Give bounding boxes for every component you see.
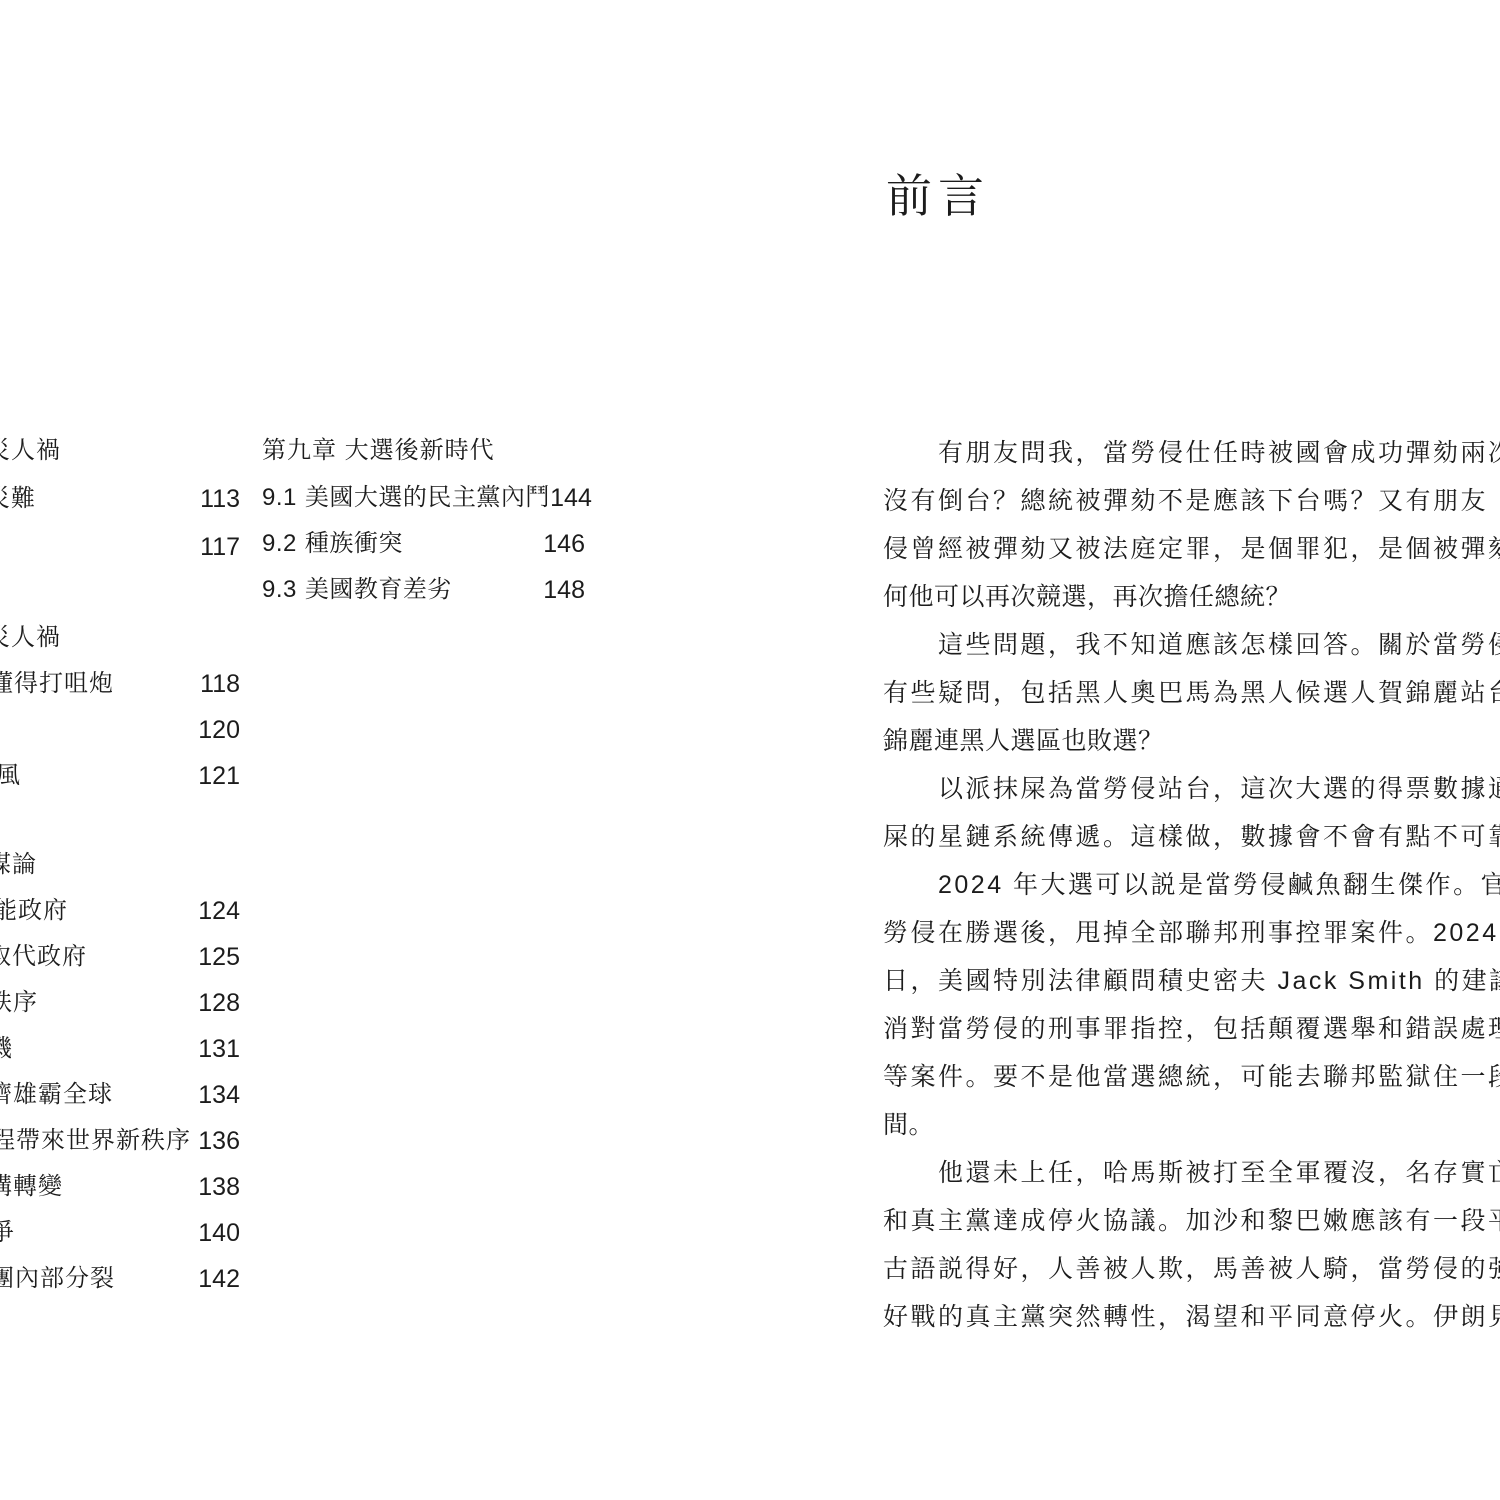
toc-row: 9.3美國教育差劣148	[262, 569, 585, 615]
preface-line: 古語説得好，人善被人欺，馬善被人騎，當勞侵的強	[883, 1245, 1500, 1293]
preface-line: 何他可以再次競選，再次擔任總統？	[883, 573, 1500, 621]
toc-row-label: 程帶來世界新秩序	[0, 1120, 191, 1162]
toc-row: 9.2種族衝突146	[262, 523, 585, 569]
toc-row-label: 災難	[0, 477, 36, 521]
toc-row: 懂得打咀炮118	[0, 663, 240, 709]
preface-line: 間。	[883, 1101, 1500, 1149]
toc-row-label: 災人禍	[0, 429, 61, 473]
toc-chapter9-items: 9.1美國大選的民主黨內鬥1449.2種族衝突1469.3美國教育差劣148	[262, 477, 585, 615]
toc-row-label: 秩序	[0, 982, 38, 1024]
toc-row: 災人禍	[0, 429, 240, 477]
toc-item-label: 美國大選的民主黨內鬥	[305, 477, 550, 523]
toc-row-label: 構轉變	[0, 1166, 63, 1208]
toc-row-page: 140	[198, 1212, 240, 1254]
preface-body: 有朋友問我，當勞侵仕任時被國會成功彈劾兩次沒有倒台？總統被彈劾不是應該下台嗎？又…	[883, 429, 1500, 1341]
toc-item-number: 9.3	[262, 569, 297, 615]
toc-row-page: 142	[198, 1258, 240, 1300]
toc-item-number: 9.1	[262, 477, 297, 523]
preface-line: 和真主黨達成停火協議。加沙和黎巴嫩應該有一段平	[883, 1197, 1500, 1245]
toc-row-page: 144	[550, 477, 592, 523]
toc-group-3: 謀論能政府124取代政府125秩序128機131濟雄霸全球134程帶來世界新秩序…	[0, 844, 240, 1304]
preface-line: 勞侵在勝選後，甩掉全部聯邦刑事控罪案件。2024 年	[883, 909, 1500, 957]
toc-row-page: 121	[198, 755, 240, 797]
toc-group-1: 災人禍災難113117	[0, 429, 240, 573]
preface-line: 日，美國特別法律顧問積史密夫 Jack Smith 的建議下	[883, 957, 1500, 1005]
toc-row: 能政府124	[0, 890, 240, 936]
toc-row: 謀論	[0, 844, 240, 890]
toc-row: 機131	[0, 1028, 240, 1074]
toc-row: 9.1美國大選的民主黨內鬥144	[262, 477, 585, 523]
preface-line: 2024 年大選可以説是當勞侵鹹魚翻生傑作。官司	[883, 861, 1500, 909]
toc-row-label: 懂得打咀炮	[0, 663, 114, 705]
toc-row-page: 136	[198, 1120, 240, 1162]
toc-chapter-header: 第九章 大選後新時代	[262, 429, 585, 477]
toc-row-page: 148	[543, 569, 585, 615]
toc-row-page: 146	[543, 523, 585, 569]
toc-row: 程帶來世界新秩序136	[0, 1120, 240, 1166]
toc-row: 風121	[0, 755, 240, 801]
toc-item-label: 種族衝突	[305, 523, 403, 569]
preface-title: 前言	[886, 160, 990, 226]
preface-line: 以派抹屎為當勞侵站台，這次大選的得票數據通	[883, 765, 1500, 813]
toc-row-label: 能政府	[0, 890, 68, 932]
preface-line: 有些疑問，包括黑人奧巴馬為黑人候選人賀錦麗站台	[883, 669, 1500, 717]
toc-row: 濟雄霸全球134	[0, 1074, 240, 1120]
toc-group-2: 災人禍懂得打咀炮118120風121	[0, 617, 240, 801]
toc-row-page: 131	[198, 1028, 240, 1070]
toc-row-page: 120	[198, 709, 240, 751]
preface-line: 屎的星鏈系統傳遞。這樣做，數據會不會有點不可靠	[883, 813, 1500, 861]
preface-line: 錦麗連黑人選區也敗選？	[883, 717, 1500, 765]
toc-row-page: 128	[198, 982, 240, 1024]
toc-row: 災人禍	[0, 617, 240, 663]
toc-item-label: 美國教育差劣	[305, 569, 452, 615]
preface-line: 有朋友問我，當勞侵仕任時被國會成功彈劾兩次	[883, 429, 1500, 477]
toc-row: 秩序128	[0, 982, 240, 1028]
toc-row-label: 爭	[0, 1212, 15, 1254]
preface-line: 消對當勞侵的刑事罪指控，包括顛覆選舉和錯誤處理	[883, 1005, 1500, 1053]
toc-row-page: 113	[198, 477, 240, 521]
preface-line: 沒有倒台？總統被彈劾不是應該下台嗎？又有朋友	[883, 477, 1500, 525]
toc-row-label: 謀論	[0, 844, 37, 886]
toc-row-label: 災人禍	[0, 617, 61, 659]
toc-row: 取代政府125	[0, 936, 240, 982]
toc-row: 爭140	[0, 1212, 240, 1258]
toc-row-page: 124	[198, 890, 240, 932]
toc-row: 構轉變138	[0, 1166, 240, 1212]
toc-row: 120	[0, 709, 240, 755]
toc-row-label: 取代政府	[0, 936, 87, 978]
toc-row-label: 濟雄霸全球	[0, 1074, 113, 1116]
toc-row-label: 團內部分裂	[0, 1258, 115, 1300]
toc-row-page: 138	[198, 1166, 240, 1208]
toc-row-page: 134	[198, 1074, 240, 1116]
toc-row-page: 125	[198, 936, 240, 978]
book-spread: 災人禍災難113117 災人禍懂得打咀炮118120風121 謀論能政府124取…	[0, 0, 1500, 1500]
preface-line: 他還未上任，哈馬斯被打至全軍覆沒，名存實亡	[883, 1149, 1500, 1197]
preface-line: 這些問題，我不知道應該怎樣回答。關於當勞侵	[883, 621, 1500, 669]
toc-row: 災難113	[0, 477, 240, 525]
toc-item-number: 9.2	[262, 523, 297, 569]
toc-row: 117	[0, 525, 240, 573]
preface-line: 侵曾經被彈劾又被法庭定罪，是個罪犯，是個被彈劾	[883, 525, 1500, 573]
toc-row-label: 機	[0, 1028, 13, 1070]
toc-row-page: 118	[198, 663, 240, 705]
toc-row-page: 117	[198, 525, 240, 569]
preface-line: 好戰的真主黨突然轉性，渴望和平同意停火。伊朗見	[883, 1293, 1500, 1341]
toc-row-label: 風	[0, 755, 21, 797]
preface-line: 等案件。要不是他當選總統，可能去聯邦監獄住一段	[883, 1053, 1500, 1101]
toc-chapter9-block: 第九章 大選後新時代 9.1美國大選的民主黨內鬥1449.2種族衝突1469.3…	[262, 429, 585, 615]
toc-row: 團內部分裂142	[0, 1258, 240, 1304]
